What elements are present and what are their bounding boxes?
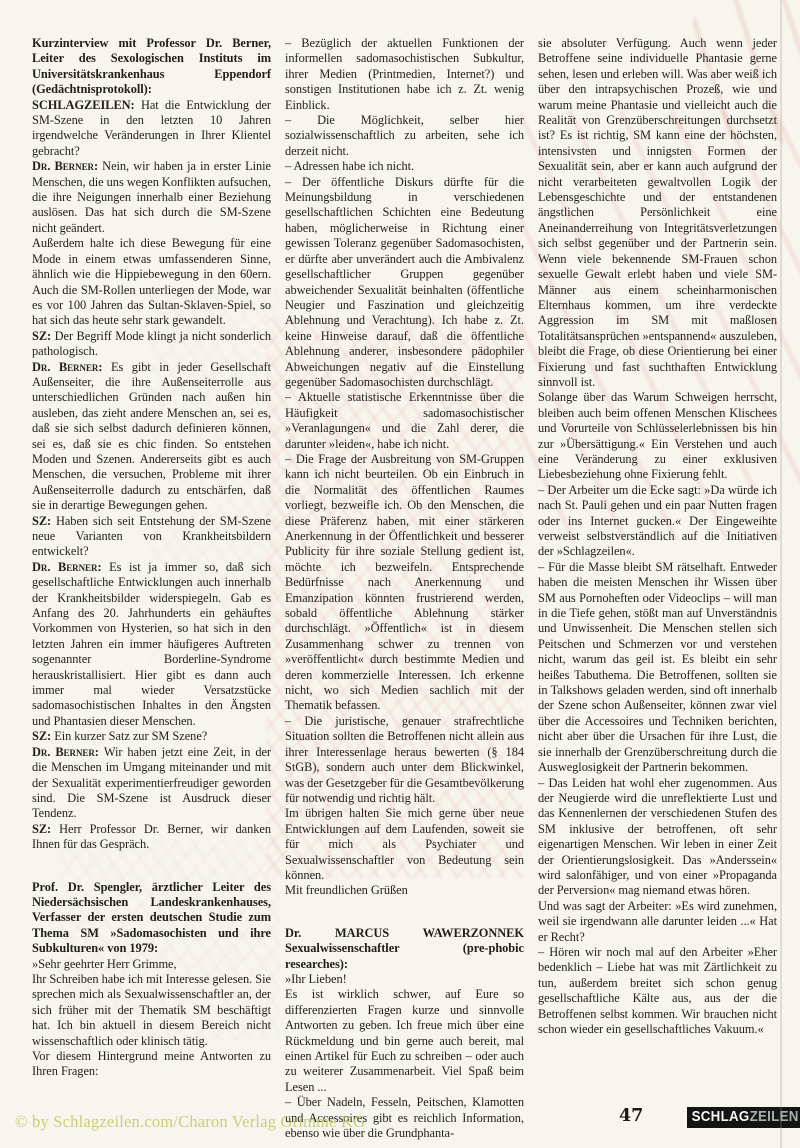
text-column-1: Kurzinterview mit Professor Dr. Berner, … — [32, 36, 271, 1141]
speaker-label: Dr. Berner: — [32, 360, 111, 374]
paragraph: SZ: Der Begriff Mode klingt ja nicht son… — [32, 329, 271, 360]
speaker-label: SZ: — [32, 329, 55, 343]
section-gap — [32, 853, 271, 880]
paragraph: SZ: Haben sich seit Entstehung der SM-Sz… — [32, 514, 271, 560]
paragraph: »Ihr Lieben! — [285, 972, 524, 987]
paragraph: Außerdem halte ich diese Bewegung für ei… — [32, 236, 271, 328]
scanned-magazine-page: Kurzinterview mit Professor Dr. Berner, … — [0, 0, 800, 1148]
speaker-label: SCHLAGZEILEN: — [32, 98, 141, 112]
page-number: 47 — [619, 1106, 643, 1126]
logo-text-schlag: SCHLAG — [692, 1109, 750, 1125]
paragraph: – Adressen habe ich nicht. — [285, 159, 524, 174]
paragraph: – Der Arbeiter um die Ecke sagt: »Da wür… — [538, 483, 777, 560]
speaker-label: SZ: — [32, 514, 56, 528]
paragraph: Dr. Berner: Wir haben jetzt eine Zeit, i… — [32, 745, 271, 822]
speaker-label: SZ: — [32, 822, 59, 836]
paragraph: – Aktuelle statistische Erkenntnisse übe… — [285, 390, 524, 452]
paragraph: sie absoluter Verfügung. Auch wenn jeder… — [538, 36, 777, 390]
paragraph: – Hören wir noch mal auf den Arbeiter »E… — [538, 945, 777, 1037]
paragraph: – Der öffentliche Diskurs dürfte für die… — [285, 175, 524, 391]
section-heading: Prof. Dr. Spengler, ärztlicher Leiter de… — [32, 880, 271, 957]
schlagzeilen-logo: SCHLAGZEILEN — [687, 1107, 800, 1128]
text-column-2: – Bezüglich der aktuellen Funktionen der… — [285, 36, 524, 1141]
logo-text-zeilen: ZEILEN — [750, 1109, 799, 1125]
article-body: Kurzinterview mit Professor Dr. Berner, … — [32, 36, 777, 1141]
speaker-label: Dr. Berner: — [32, 560, 109, 574]
paragraph: SZ: Ein kurzer Satz zur SM Szene? — [32, 729, 271, 744]
paragraph: Dr. Berner: Es gibt in jeder Gesellschaf… — [32, 360, 271, 514]
copyright-line: © by Schlagzeilen.com/Charon Verlag Grim… — [15, 1112, 365, 1132]
paragraph: Dr. Berner: Nein, wir haben ja in erster… — [32, 159, 271, 236]
paragraph: – Bezüglich der aktuellen Funktionen der… — [285, 36, 524, 113]
paragraph: Vor diesem Hintergrund meine Antworten z… — [32, 1049, 271, 1080]
paragraph: – Für die Masse bleibt SM rätselhaft. En… — [538, 560, 777, 776]
paragraph: Solange über das Warum Schweigen herrsch… — [538, 390, 777, 482]
paragraph: Dr. Berner: Es ist ja immer so, daß sich… — [32, 560, 271, 729]
paragraph: Ihr Schreiben habe ich mit Interesse gel… — [32, 972, 271, 1049]
paragraph: – Die Frage der Ausbreitung von SM-Grupp… — [285, 452, 524, 714]
paragraph: SZ: Herr Professor Dr. Berner, wir danke… — [32, 822, 271, 853]
paragraph: SCHLAGZEILEN: Hat die Entwicklung der SM… — [32, 98, 271, 160]
paragraph: Im übrigen halten Sie mich gerne über ne… — [285, 806, 524, 883]
section-heading: Kurzinterview mit Professor Dr. Berner, … — [32, 36, 271, 98]
paragraph: – Die Möglichkeit, selber hier sozialwis… — [285, 113, 524, 159]
paragraph: – Das Leiden hat wohl eher zugenommen. A… — [538, 776, 777, 899]
section-gap — [285, 899, 524, 926]
paragraph: Es ist wirklich schwer, auf Eure so diff… — [285, 987, 524, 1095]
speaker-label: Dr. Berner: — [32, 159, 102, 173]
paragraph: Mit freundlichen Grüßen — [285, 883, 524, 898]
paragraph: »Sehr geehrter Herr Grimme, — [32, 957, 271, 972]
speaker-label: SZ: — [32, 729, 54, 743]
section-heading: Dr. MARCUS WAWERZONNEK Sexualwissenschaf… — [285, 926, 524, 972]
speaker-label: Dr. Berner: — [32, 745, 104, 759]
text-column-3: sie absoluter Verfügung. Auch wenn jeder… — [538, 36, 777, 1141]
paragraph: – Die juristische, genauer strafrechtlic… — [285, 714, 524, 806]
paragraph: Und was sagt der Arbeiter: »Es wird zune… — [538, 899, 777, 945]
